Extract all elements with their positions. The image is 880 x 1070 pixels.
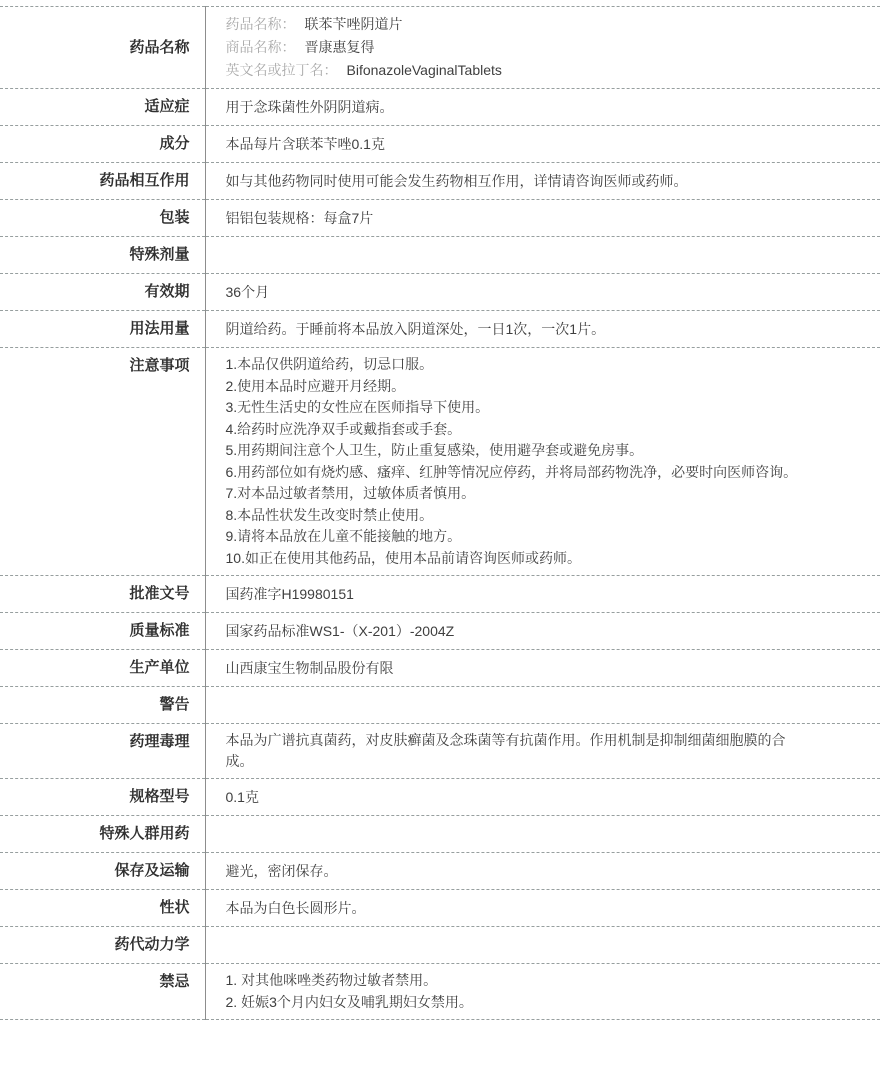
row-value: 1.本品仅供阴道给药，切忌口服。2.使用本品时应避开月经期。3.无性生活史的女性…	[205, 348, 880, 576]
row-value: 本品为广谱抗真菌药，对皮肤癣菌及念珠菌等有抗菌作用。作用机制是抑制细菌细胞膜的合…	[205, 724, 880, 779]
name-field-line: 药品名称：联苯苄唑阴道片	[226, 13, 811, 36]
table-row: 包装铝铝包装规格：每盒7片	[0, 200, 880, 237]
value-text: 铝铝包装规格：每盒7片	[226, 210, 374, 226]
row-value: 用于念珠菌性外阴阴道病。	[205, 89, 880, 126]
row-value: 国药准字H19980151	[205, 576, 880, 613]
row-label: 质量标准	[0, 613, 205, 650]
value-text: 阴道给药。于睡前将本品放入阴道深处，一日1次，一次1片。	[226, 321, 606, 337]
row-label: 药代动力学	[0, 927, 205, 964]
row-value	[205, 687, 880, 724]
table-row: 保存及运输避光，密闭保存。	[0, 853, 880, 890]
row-value: 避光，密闭保存。	[205, 853, 880, 890]
value-text: 国家药品标准WS1-（X-201）-2004Z	[226, 623, 455, 639]
value-line: 1.本品仅供阴道给药，切忌口服。	[226, 354, 811, 376]
value-line: 6.用药部位如有烧灼感、瘙痒、红肿等情况应停药，并将局部药物洗净，必要时向医师咨…	[226, 462, 811, 484]
table-row: 批准文号国药准字H19980151	[0, 576, 880, 613]
value-line: 2. 妊娠3个月内妇女及哺乳期妇女禁用。	[226, 992, 811, 1014]
table-row: 药品名称药品名称：联苯苄唑阴道片商品名称：晋康惠复得英文名或拉丁名：Bifona…	[0, 7, 880, 89]
row-value: 1. 对其他咪唑类药物过敏者禁用。2. 妊娠3个月内妇女及哺乳期妇女禁用。	[205, 964, 880, 1020]
row-value: 国家药品标准WS1-（X-201）-2004Z	[205, 613, 880, 650]
value-text: 国药准字H19980151	[226, 586, 354, 602]
row-label: 特殊剂量	[0, 237, 205, 274]
value-text: 用于念珠菌性外阴阴道病。	[226, 99, 394, 115]
row-label: 包装	[0, 200, 205, 237]
table-row: 药品相互作用如与其他药物同时使用可能会发生药物相互作用，详情请咨询医师或药师。	[0, 163, 880, 200]
row-value	[205, 237, 880, 274]
table-row: 规格型号0.1克	[0, 779, 880, 816]
row-label: 禁忌	[0, 964, 205, 1020]
row-label: 适应症	[0, 89, 205, 126]
value-text: 本品为广谱抗真菌药，对皮肤癣菌及念珠菌等有抗菌作用。作用机制是抑制细菌细胞膜的合…	[226, 732, 786, 769]
value-line: 5.用药期间注意个人卫生，防止重复感染，使用避孕套或避免房事。	[226, 440, 811, 462]
table-row: 生产单位山西康宝生物制品股份有限	[0, 650, 880, 687]
row-value: 本品为白色长圆形片。	[205, 890, 880, 927]
value-text: 避光，密闭保存。	[226, 863, 338, 879]
row-label: 特殊人群用药	[0, 816, 205, 853]
name-field-line: 英文名或拉丁名：BifonazoleVaginalTablets	[226, 59, 811, 82]
row-value: 药品名称：联苯苄唑阴道片商品名称：晋康惠复得英文名或拉丁名：Bifonazole…	[205, 7, 880, 89]
table-row: 性状本品为白色长圆形片。	[0, 890, 880, 927]
row-label: 规格型号	[0, 779, 205, 816]
table-row: 适应症用于念珠菌性外阴阴道病。	[0, 89, 880, 126]
table-row: 成分本品每片含联苯苄唑0.1克	[0, 126, 880, 163]
row-label: 药品相互作用	[0, 163, 205, 200]
row-label: 药理毒理	[0, 724, 205, 779]
row-label: 成分	[0, 126, 205, 163]
value-line: 7.对本品过敏者禁用，过敏体质者慎用。	[226, 483, 811, 505]
value-line: 10.如正在使用其他药品，使用本品前请咨询医师或药师。	[226, 548, 811, 570]
row-value: 铝铝包装规格：每盒7片	[205, 200, 880, 237]
value-line: 9.请将本品放在儿童不能接触的地方。	[226, 526, 811, 548]
row-label: 性状	[0, 890, 205, 927]
drug-info-table: 药品名称药品名称：联苯苄唑阴道片商品名称：晋康惠复得英文名或拉丁名：Bifona…	[0, 6, 880, 1020]
field-value: BifonazoleVaginalTablets	[347, 62, 502, 78]
value-text: 本品为白色长圆形片。	[226, 900, 366, 916]
field-key: 药品名称：	[226, 16, 296, 32]
field-key: 英文名或拉丁名：	[226, 62, 338, 78]
value-text: 山西康宝生物制品股份有限	[226, 660, 394, 676]
row-label: 批准文号	[0, 576, 205, 613]
row-label: 药品名称	[0, 7, 205, 89]
value-line: 2.使用本品时应避开月经期。	[226, 376, 811, 398]
row-value: 山西康宝生物制品股份有限	[205, 650, 880, 687]
table-row: 药理毒理本品为广谱抗真菌药，对皮肤癣菌及念珠菌等有抗菌作用。作用机制是抑制细菌细…	[0, 724, 880, 779]
value-text: 0.1克	[226, 789, 259, 805]
table-row: 特殊剂量	[0, 237, 880, 274]
row-value: 如与其他药物同时使用可能会发生药物相互作用，详情请咨询医师或药师。	[205, 163, 880, 200]
row-value: 0.1克	[205, 779, 880, 816]
row-value: 36个月	[205, 274, 880, 311]
row-value	[205, 816, 880, 853]
row-label: 生产单位	[0, 650, 205, 687]
value-text: 如与其他药物同时使用可能会发生药物相互作用，详情请咨询医师或药师。	[226, 173, 688, 189]
row-label: 注意事项	[0, 348, 205, 576]
row-label: 有效期	[0, 274, 205, 311]
value-text: 36个月	[226, 284, 270, 300]
row-value: 阴道给药。于睡前将本品放入阴道深处，一日1次，一次1片。	[205, 311, 880, 348]
row-label: 保存及运输	[0, 853, 205, 890]
drug-info-tbody: 药品名称药品名称：联苯苄唑阴道片商品名称：晋康惠复得英文名或拉丁名：Bifona…	[0, 7, 880, 1020]
table-row: 质量标准国家药品标准WS1-（X-201）-2004Z	[0, 613, 880, 650]
table-row: 有效期36个月	[0, 274, 880, 311]
field-key: 商品名称：	[226, 39, 296, 55]
table-row: 用法用量阴道给药。于睡前将本品放入阴道深处，一日1次，一次1片。	[0, 311, 880, 348]
value-line: 3.无性生活史的女性应在医师指导下使用。	[226, 397, 811, 419]
field-value: 晋康惠复得	[305, 39, 375, 55]
row-value	[205, 927, 880, 964]
name-field-line: 商品名称：晋康惠复得	[226, 36, 811, 59]
value-line: 1. 对其他咪唑类药物过敏者禁用。	[226, 970, 811, 992]
row-label: 用法用量	[0, 311, 205, 348]
table-row: 特殊人群用药	[0, 816, 880, 853]
value-line: 4.给药时应洗净双手或戴指套或手套。	[226, 419, 811, 441]
field-value: 联苯苄唑阴道片	[305, 16, 403, 32]
table-row: 药代动力学	[0, 927, 880, 964]
table-row: 警告	[0, 687, 880, 724]
table-row: 禁忌1. 对其他咪唑类药物过敏者禁用。2. 妊娠3个月内妇女及哺乳期妇女禁用。	[0, 964, 880, 1020]
row-label: 警告	[0, 687, 205, 724]
value-line: 8.本品性状发生改变时禁止使用。	[226, 505, 811, 527]
table-row: 注意事项1.本品仅供阴道给药，切忌口服。2.使用本品时应避开月经期。3.无性生活…	[0, 348, 880, 576]
value-text: 本品每片含联苯苄唑0.1克	[226, 136, 385, 152]
row-value: 本品每片含联苯苄唑0.1克	[205, 126, 880, 163]
